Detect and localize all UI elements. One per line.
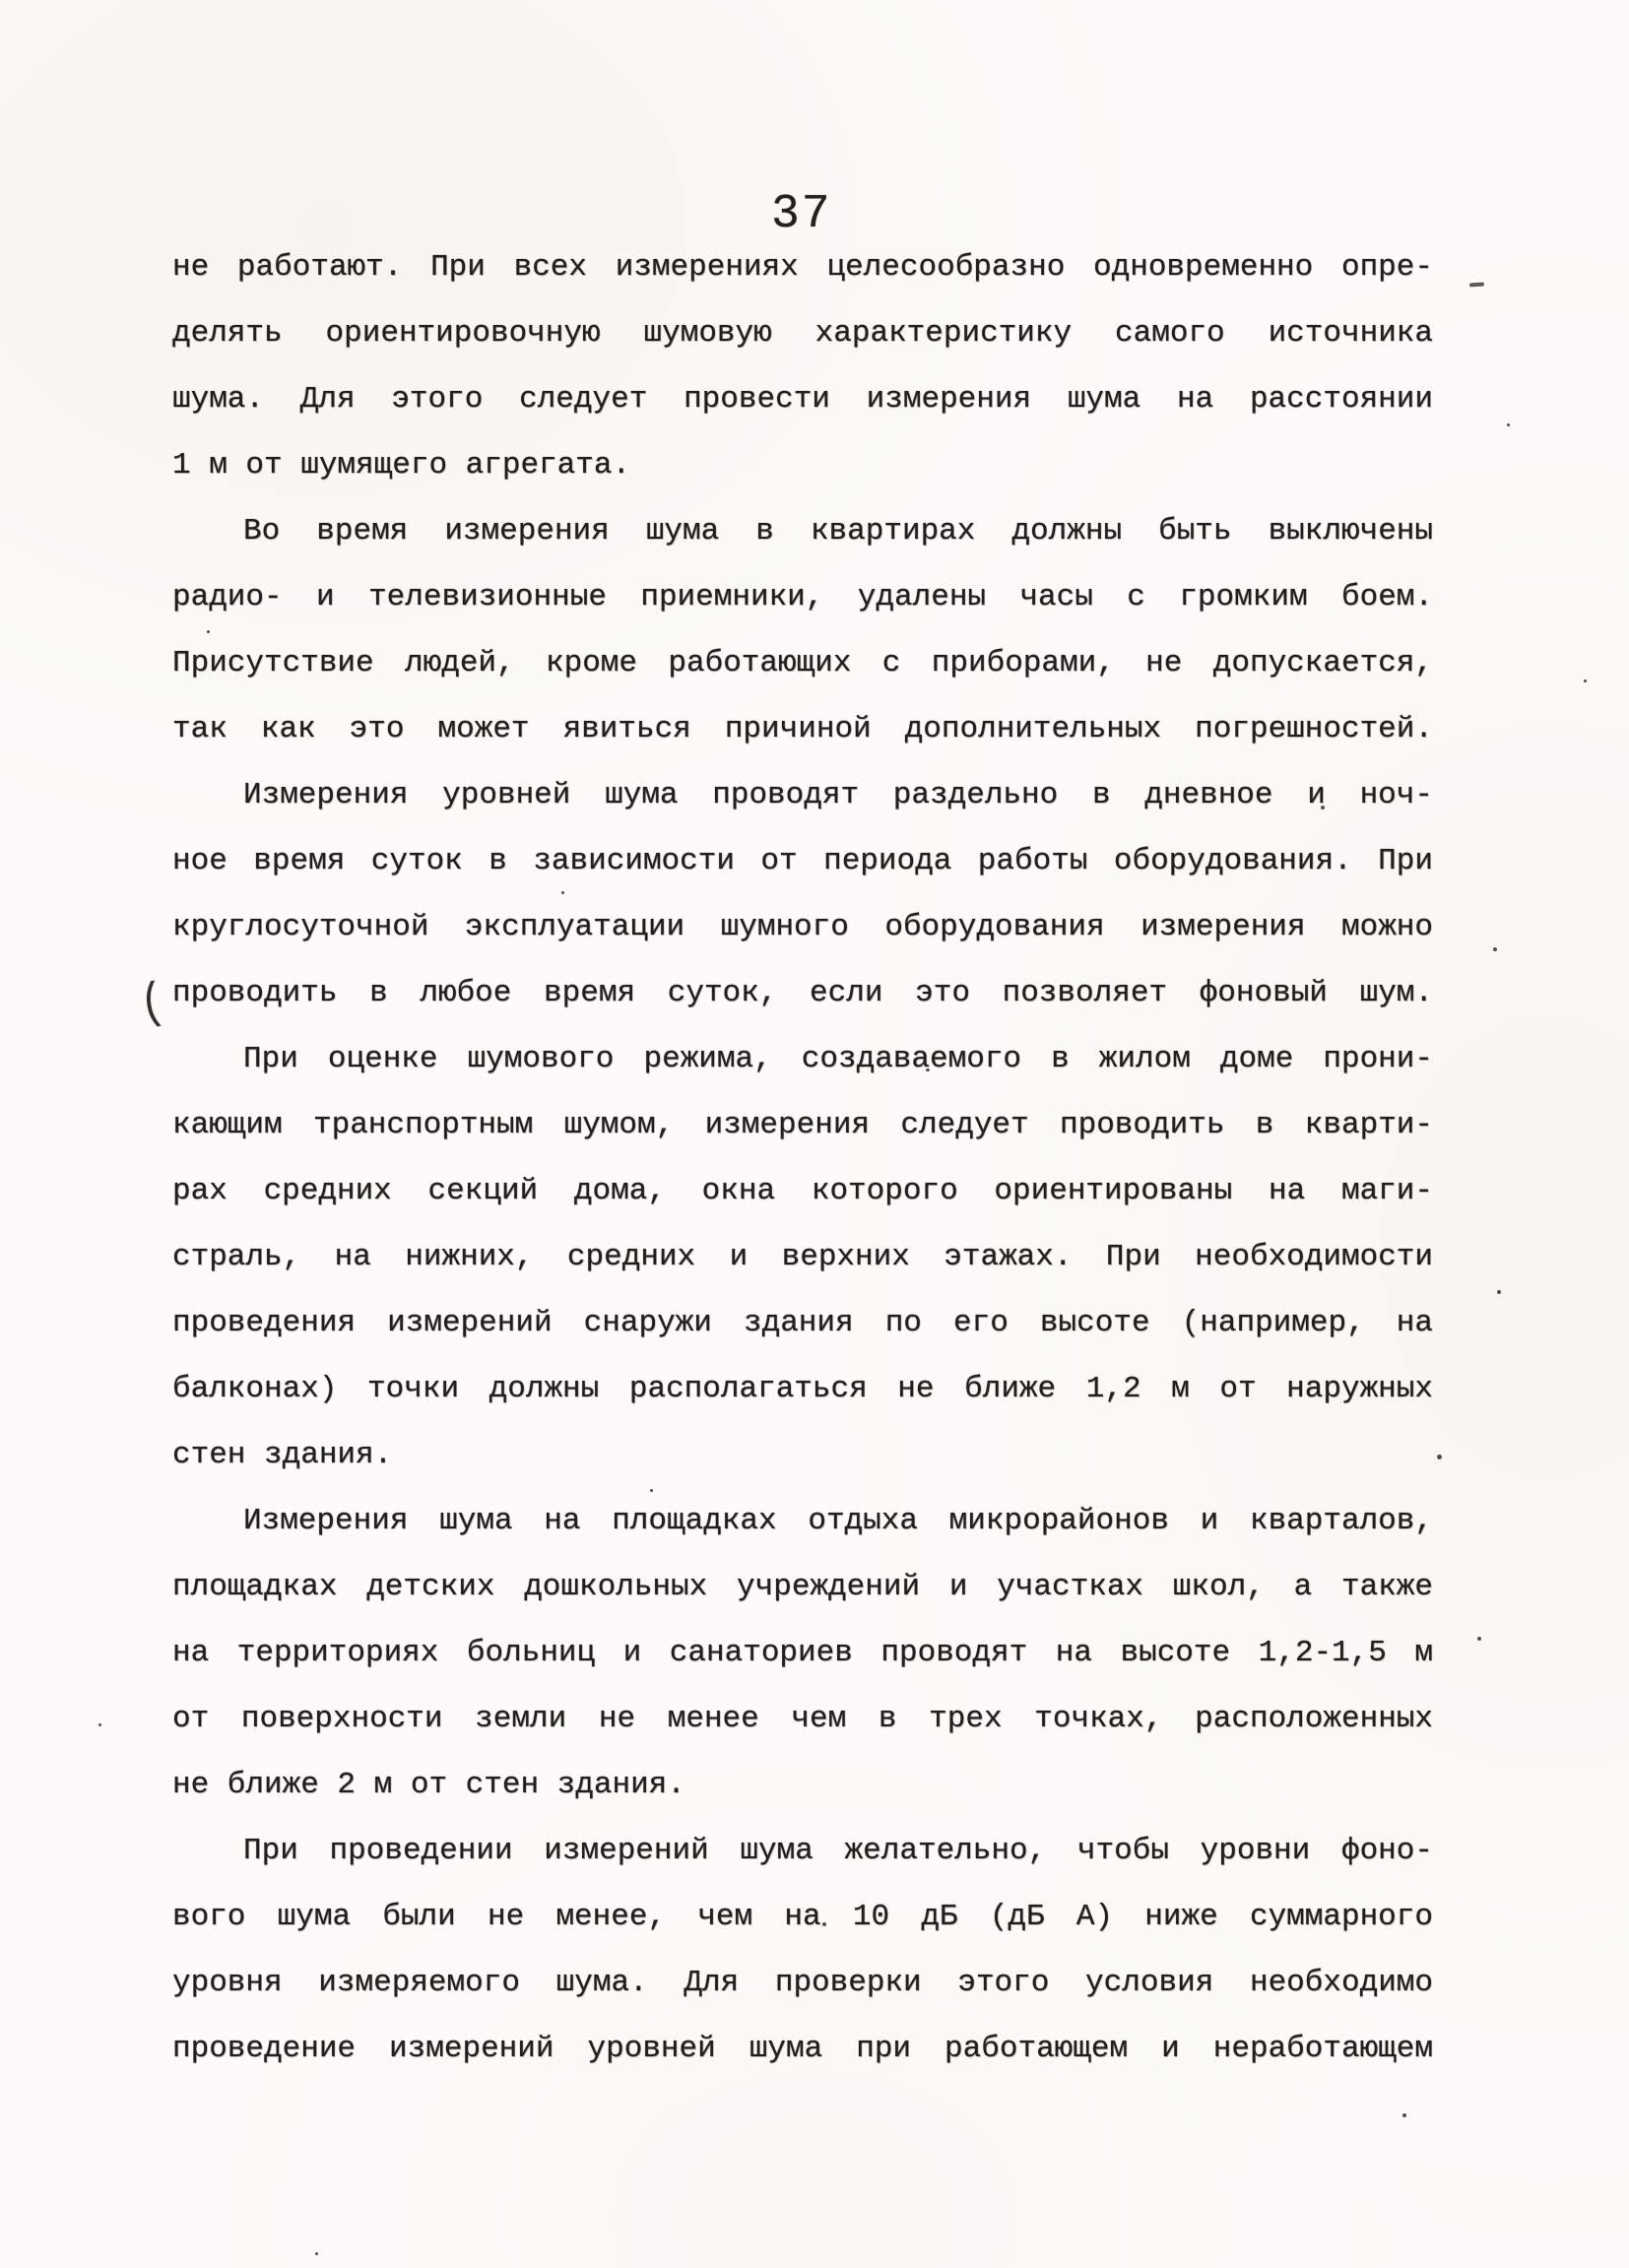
text-line: от поверхности земли не менее чем в трех… [172, 1686, 1433, 1752]
text-line: не работают. При всех измерениях целесоо… [172, 234, 1433, 300]
text-line: делять ориентировочную шумовую характери… [172, 300, 1433, 366]
page-number: 37 [771, 189, 830, 240]
text-line: шума. Для этого следует провести измерен… [172, 366, 1433, 432]
paragraph-3: Измерения уровней шума проводят раздельн… [172, 762, 1433, 1026]
text-line: ное время суток в зависимости от периода… [172, 828, 1433, 894]
paragraph-6: При проведении измерений шума желательно… [172, 1818, 1433, 2082]
text-line: на территориях больниц и санаториев пров… [172, 1620, 1433, 1686]
text-line: проведение измерений уровней шума при ра… [172, 2016, 1433, 2082]
text-line: проведения измерений снаружи здания по е… [172, 1290, 1433, 1356]
text-line: Присутствие людей, кроме работающих с пр… [172, 630, 1433, 696]
scan-speck [1584, 680, 1587, 682]
text-line: Во время измерения шума в квартирах долж… [172, 498, 1433, 564]
paragraph-2: Во время измерения шума в квартирах долж… [172, 498, 1433, 762]
text-line: так как это может явиться причиной допол… [172, 696, 1433, 762]
text-line: вого шума были не менее, чем на 10 дБ (д… [172, 1884, 1433, 1950]
scan-speck [315, 2252, 318, 2255]
scan-speck [1493, 947, 1497, 951]
paragraph-4: При оценке шумового режима, создаваемого… [172, 1026, 1433, 1488]
text-line: При оценке шумового режима, создаваемого… [172, 1026, 1433, 1092]
scan-margin-mark: ( [137, 976, 168, 1034]
text-line: стен здания. [172, 1422, 1433, 1488]
text-line: Измерения уровней шума проводят раздельн… [172, 762, 1433, 828]
text-line: При проведении измерений шума желательно… [172, 1818, 1433, 1884]
text-line: 1 м от шумящего агрегата. [172, 432, 1433, 498]
text-line: кающим транспортным шумом, измерения сле… [172, 1092, 1433, 1158]
text-line: страль, на нижних, средних и верхних эта… [172, 1224, 1433, 1290]
text-line: Измерения шума на площадках отдыха микро… [172, 1488, 1433, 1554]
scan-dash-mark [1469, 282, 1484, 287]
text-line: радио- и телевизионные приемники, удален… [172, 564, 1433, 630]
paragraph-5: Измерения шума на площадках отдыха микро… [172, 1488, 1433, 1818]
scan-speck [1497, 1290, 1501, 1294]
text-line: площадках детских дошкольных учреждений … [172, 1554, 1433, 1620]
scan-speck [1507, 423, 1510, 426]
paragraph-1: не работают. При всех измерениях целесоо… [172, 234, 1433, 498]
text-line: уровня измеряемого шума. Для проверки эт… [172, 1950, 1433, 2016]
scan-speck [1402, 2113, 1406, 2117]
text-line: не ближе 2 м от стен здания. [172, 1752, 1433, 1818]
text-line: балконах) точки должны располагаться не … [172, 1356, 1433, 1422]
text-line: круглосуточной эксплуатации шумного обор… [172, 894, 1433, 960]
scan-speck [1477, 1637, 1481, 1641]
scan-speck [1437, 1455, 1442, 1459]
text-line: проводить в любое время суток, если это … [172, 960, 1433, 1026]
scan-speck [98, 1723, 101, 1726]
scanned-document-page: { "page": { "number": "37" }, "colors": … [0, 0, 1629, 2268]
text-block: не работают. При всех измерениях целесоо… [172, 234, 1433, 2082]
text-line: рах средних секций дома, окна которого о… [172, 1158, 1433, 1224]
